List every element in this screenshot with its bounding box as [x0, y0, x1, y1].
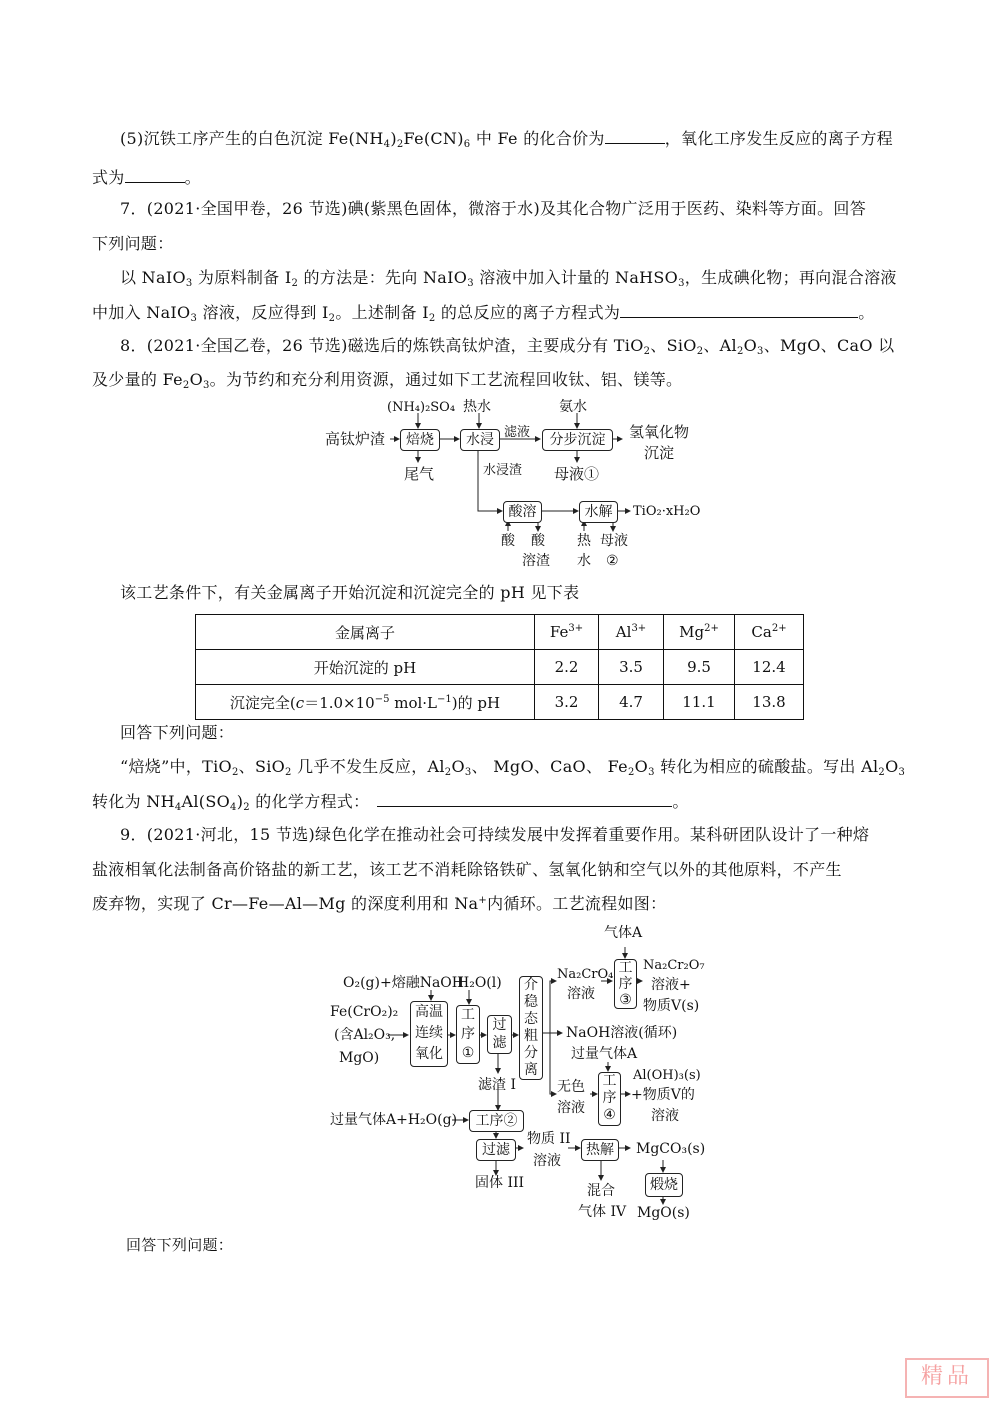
- text: ①: [457, 1044, 479, 1063]
- reagent-label: 气体A: [604, 925, 642, 942]
- text: 连续: [411, 1023, 447, 1044]
- stream-label: 溶液: [567, 986, 595, 1003]
- process-box-step1: 工 序 ①: [456, 1005, 480, 1064]
- text: 序: [599, 1090, 620, 1107]
- process-box-step4: 工 序 ④: [598, 1072, 621, 1126]
- stream-label: 无色: [557, 1079, 585, 1096]
- stream-label: Na₂CrO₄: [557, 966, 613, 983]
- process-box-filter2: 过滤: [476, 1139, 516, 1161]
- stream-label: 溶液: [533, 1153, 561, 1170]
- text: 分: [520, 1045, 542, 1062]
- text: 介: [520, 977, 542, 994]
- reagent-label: O₂(g)+熔融NaOH: [343, 975, 464, 992]
- byproduct-label: 混合: [587, 1183, 615, 1200]
- text: 工: [457, 1006, 479, 1025]
- text: 序: [615, 976, 636, 992]
- text: 工: [599, 1073, 620, 1090]
- product-label: MgO(s): [637, 1205, 690, 1222]
- byproduct-label: 固体 III: [475, 1175, 524, 1192]
- text: ④: [599, 1107, 620, 1124]
- product-label: MgCO₃(s): [636, 1141, 705, 1158]
- process-box-oxidation: 高温 连续 氧化: [410, 1001, 448, 1067]
- process-box-step2: 工序②: [469, 1110, 524, 1132]
- text: 粗: [520, 1028, 542, 1045]
- byproduct-label: 气体 IV: [578, 1204, 626, 1221]
- process-box-pyrolysis: 热解: [581, 1139, 619, 1161]
- text: 离: [520, 1062, 542, 1079]
- stream-label: 物质 II: [527, 1131, 571, 1148]
- process-box-filter1: 过 滤: [487, 1015, 512, 1054]
- residue-label: 滤渣 I: [478, 1077, 516, 1094]
- watermark-stamp: 精品: [905, 1358, 989, 1398]
- process-box-separation: 介 稳 态 粗 分 离: [519, 976, 543, 1080]
- text: 滤: [488, 1034, 511, 1052]
- recycle-label: NaOH溶液(循环): [566, 1025, 677, 1042]
- product-label: 溶液+: [651, 977, 691, 994]
- text: 工: [615, 960, 636, 976]
- product-label: Na₂Cr₂O₇: [643, 957, 705, 974]
- text: 态: [520, 1011, 542, 1028]
- product-label: 溶液: [651, 1108, 679, 1125]
- process-box-step3: 工 序 ③: [614, 959, 637, 1009]
- reagent-label: 过量气体A: [571, 1046, 637, 1063]
- reagent-label: H₂O(l): [457, 975, 502, 992]
- product-label: 物质V(s): [643, 998, 699, 1015]
- feed-label: (含Al₂O₃,: [334, 1027, 395, 1044]
- text: 过: [488, 1016, 511, 1034]
- text: 高温: [411, 1002, 447, 1023]
- flowchart-q9-arrows: [0, 0, 992, 1403]
- feed-label: Fe(CrO₂)₂: [330, 1004, 398, 1021]
- text: 氧化: [411, 1044, 447, 1065]
- product-label: +物质V的: [631, 1087, 695, 1104]
- text: ③: [615, 992, 636, 1008]
- stream-label: 溶液: [557, 1100, 585, 1117]
- process-box-calcine: 煅烧: [645, 1173, 683, 1197]
- answer-prompt: 回答下列问题：: [126, 1234, 233, 1256]
- reagent-label: 过量气体A+H₂O(g): [330, 1112, 457, 1129]
- text: 稳: [520, 994, 542, 1011]
- text: 序: [457, 1025, 479, 1044]
- feed-label: MgO): [339, 1050, 379, 1067]
- product-label: Al(OH)₃(s): [633, 1067, 701, 1084]
